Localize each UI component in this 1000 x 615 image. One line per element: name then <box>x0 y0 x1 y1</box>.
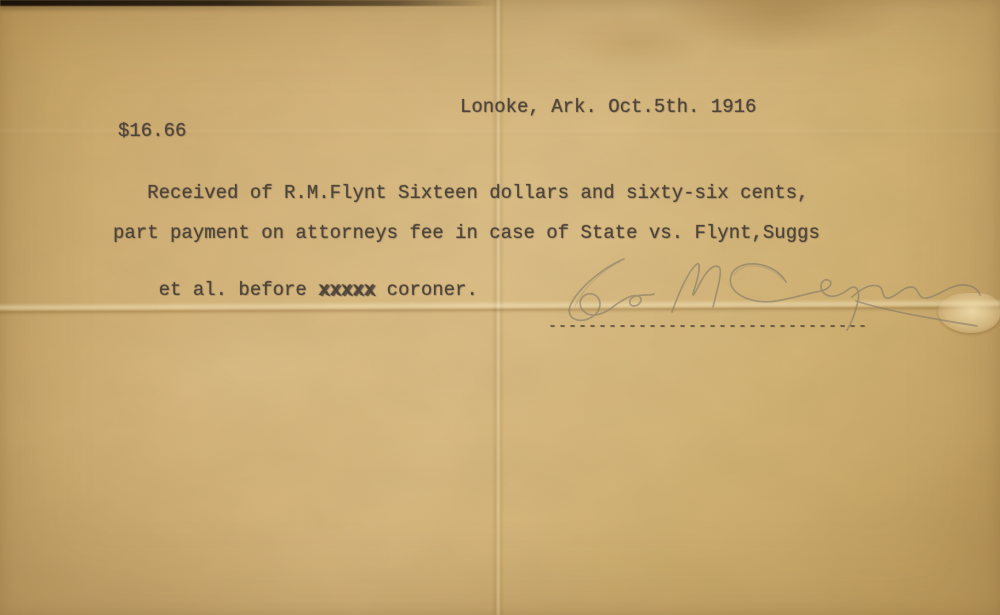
body-line-3-suffix: coroner. <box>375 279 478 301</box>
struck-out-word: xxxxxxxxxxxxxxx <box>318 281 375 300</box>
amount-value: $16.66 <box>118 122 186 141</box>
body-line-3-prefix: et al. before <box>159 279 319 301</box>
signature-dashed-line: -------------------------------- <box>548 319 868 334</box>
body-line-3: et al. before xxxxxxxxxxxxxxx coroner. <box>113 262 478 319</box>
body-line-1: Received of R.M.Flynt Sixteen dollars an… <box>113 184 809 203</box>
struck-out-word-overstrike-2: xxxxx <box>317 281 374 300</box>
body-line-2: part payment on attorneys fee in case of… <box>113 224 820 243</box>
paper-top-edge-soft-shadow <box>0 4 470 10</box>
scanned-receipt-image: Lonoke, Ark. Oct.5th. 1916 $16.66 Receiv… <box>0 0 1000 615</box>
dateline: Lonoke, Ark. Oct.5th. 1916 <box>460 98 756 117</box>
